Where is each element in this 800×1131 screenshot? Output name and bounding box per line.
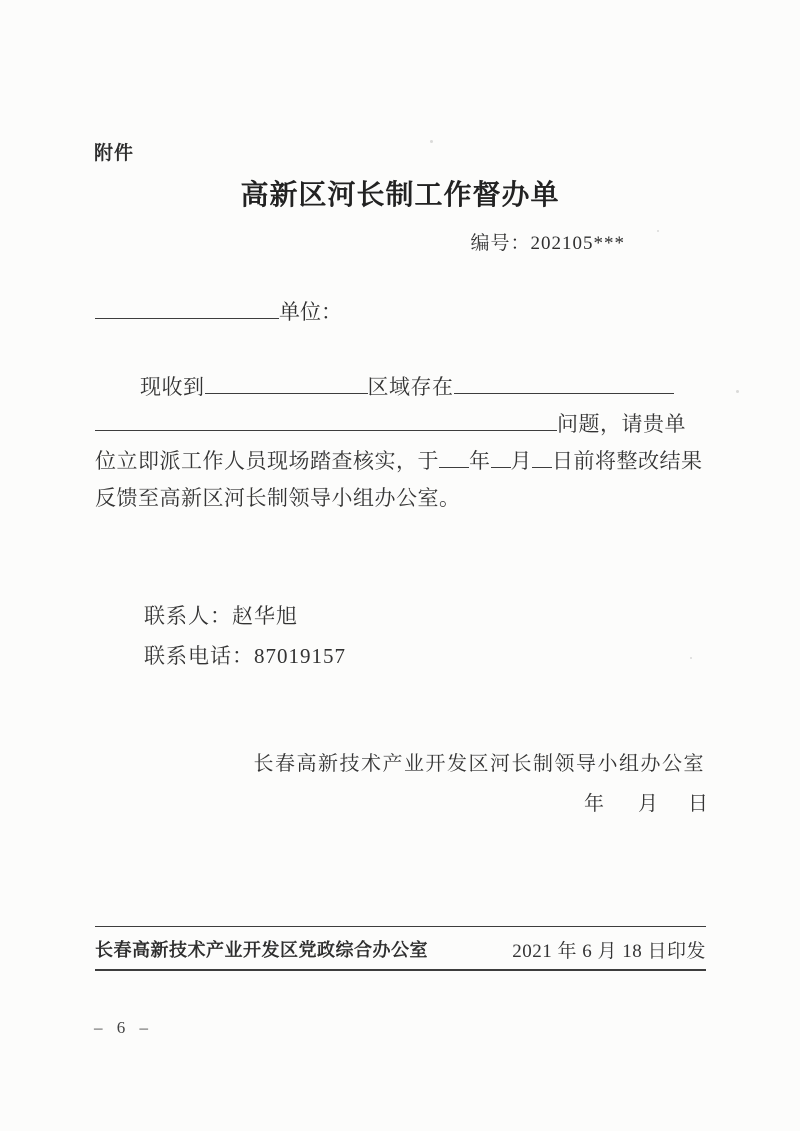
issue-blank-2 (95, 410, 557, 431)
footer-issuer: 长春高新技术产业开发区党政综合办公室 (95, 936, 428, 962)
body-paragraph: 现收到区域存在 问题，请贵单 位立即派工作人员现场踏查核实，于年月日前将整改结果… (95, 372, 711, 520)
addressee-blank (95, 298, 279, 319)
body-p1-prefix: 现收到 (140, 375, 205, 399)
body-line-1: 现收到区域存在 (95, 372, 711, 409)
attachment-label: 附件 (94, 138, 134, 165)
year-blank (439, 447, 469, 468)
body-p3-seg1: 位立即派工作人员现场踏查核实，于 (95, 449, 439, 473)
scan-speck (736, 390, 739, 393)
body-line-3: 位立即派工作人员现场踏查核实，于年月日前将整改结果 (95, 446, 711, 483)
scan-speck (657, 230, 659, 232)
contact-phone: 联系电话：87019157 (144, 640, 346, 670)
footer-print-date: 2021 年 6 月 18 日印发 (512, 936, 706, 963)
scan-speck (430, 140, 433, 143)
body-p2-suffix: 问题，请贵单 (557, 412, 686, 436)
signoff-organization: 长春高新技术产业开发区河长制领导小组办公室 (254, 747, 706, 776)
footer-row: 长春高新技术产业开发区党政综合办公室 2021 年 6 月 18 日印发 (95, 936, 706, 963)
body-p3-day-seg: 日前将整改结果 (552, 449, 703, 473)
body-p3-year: 年 (469, 449, 491, 473)
body-p4: 反馈至高新区河长制领导小组办公室。 (95, 486, 461, 510)
signoff-date-month: 月 (638, 793, 658, 815)
body-p3-month: 月 (511, 449, 533, 473)
footer-rule-bottom (95, 969, 706, 971)
body-line-2: 问题，请贵单 (95, 409, 711, 446)
signoff-date-day: 日 (688, 793, 708, 815)
page-number: – 6 – (94, 1018, 153, 1038)
document-title: 高新区河长制工作督办单 (0, 173, 800, 213)
day-blank (532, 447, 552, 468)
document-number: 编号：202105*** (470, 228, 625, 255)
location-blank (205, 373, 368, 394)
addressee-line: 单位： (95, 296, 342, 326)
body-p1-mid: 区域存在 (368, 375, 454, 399)
issue-blank-1 (454, 373, 674, 394)
scan-speck (690, 657, 692, 659)
body-line-4: 反馈至高新区河长制领导小组办公室。 (95, 483, 711, 520)
month-blank (491, 447, 511, 468)
signoff-date-year: 年 (584, 793, 604, 815)
footer-rule-top (95, 926, 706, 927)
contact-person: 联系人：赵华旭 (144, 600, 298, 630)
signoff-date-line: 年月日 (584, 787, 708, 816)
addressee-unit-label: 单位： (279, 300, 342, 324)
scanned-document-page: 附件 高新区河长制工作督办单 编号：202105*** 单位： 现收到区域存在 … (0, 0, 800, 1131)
